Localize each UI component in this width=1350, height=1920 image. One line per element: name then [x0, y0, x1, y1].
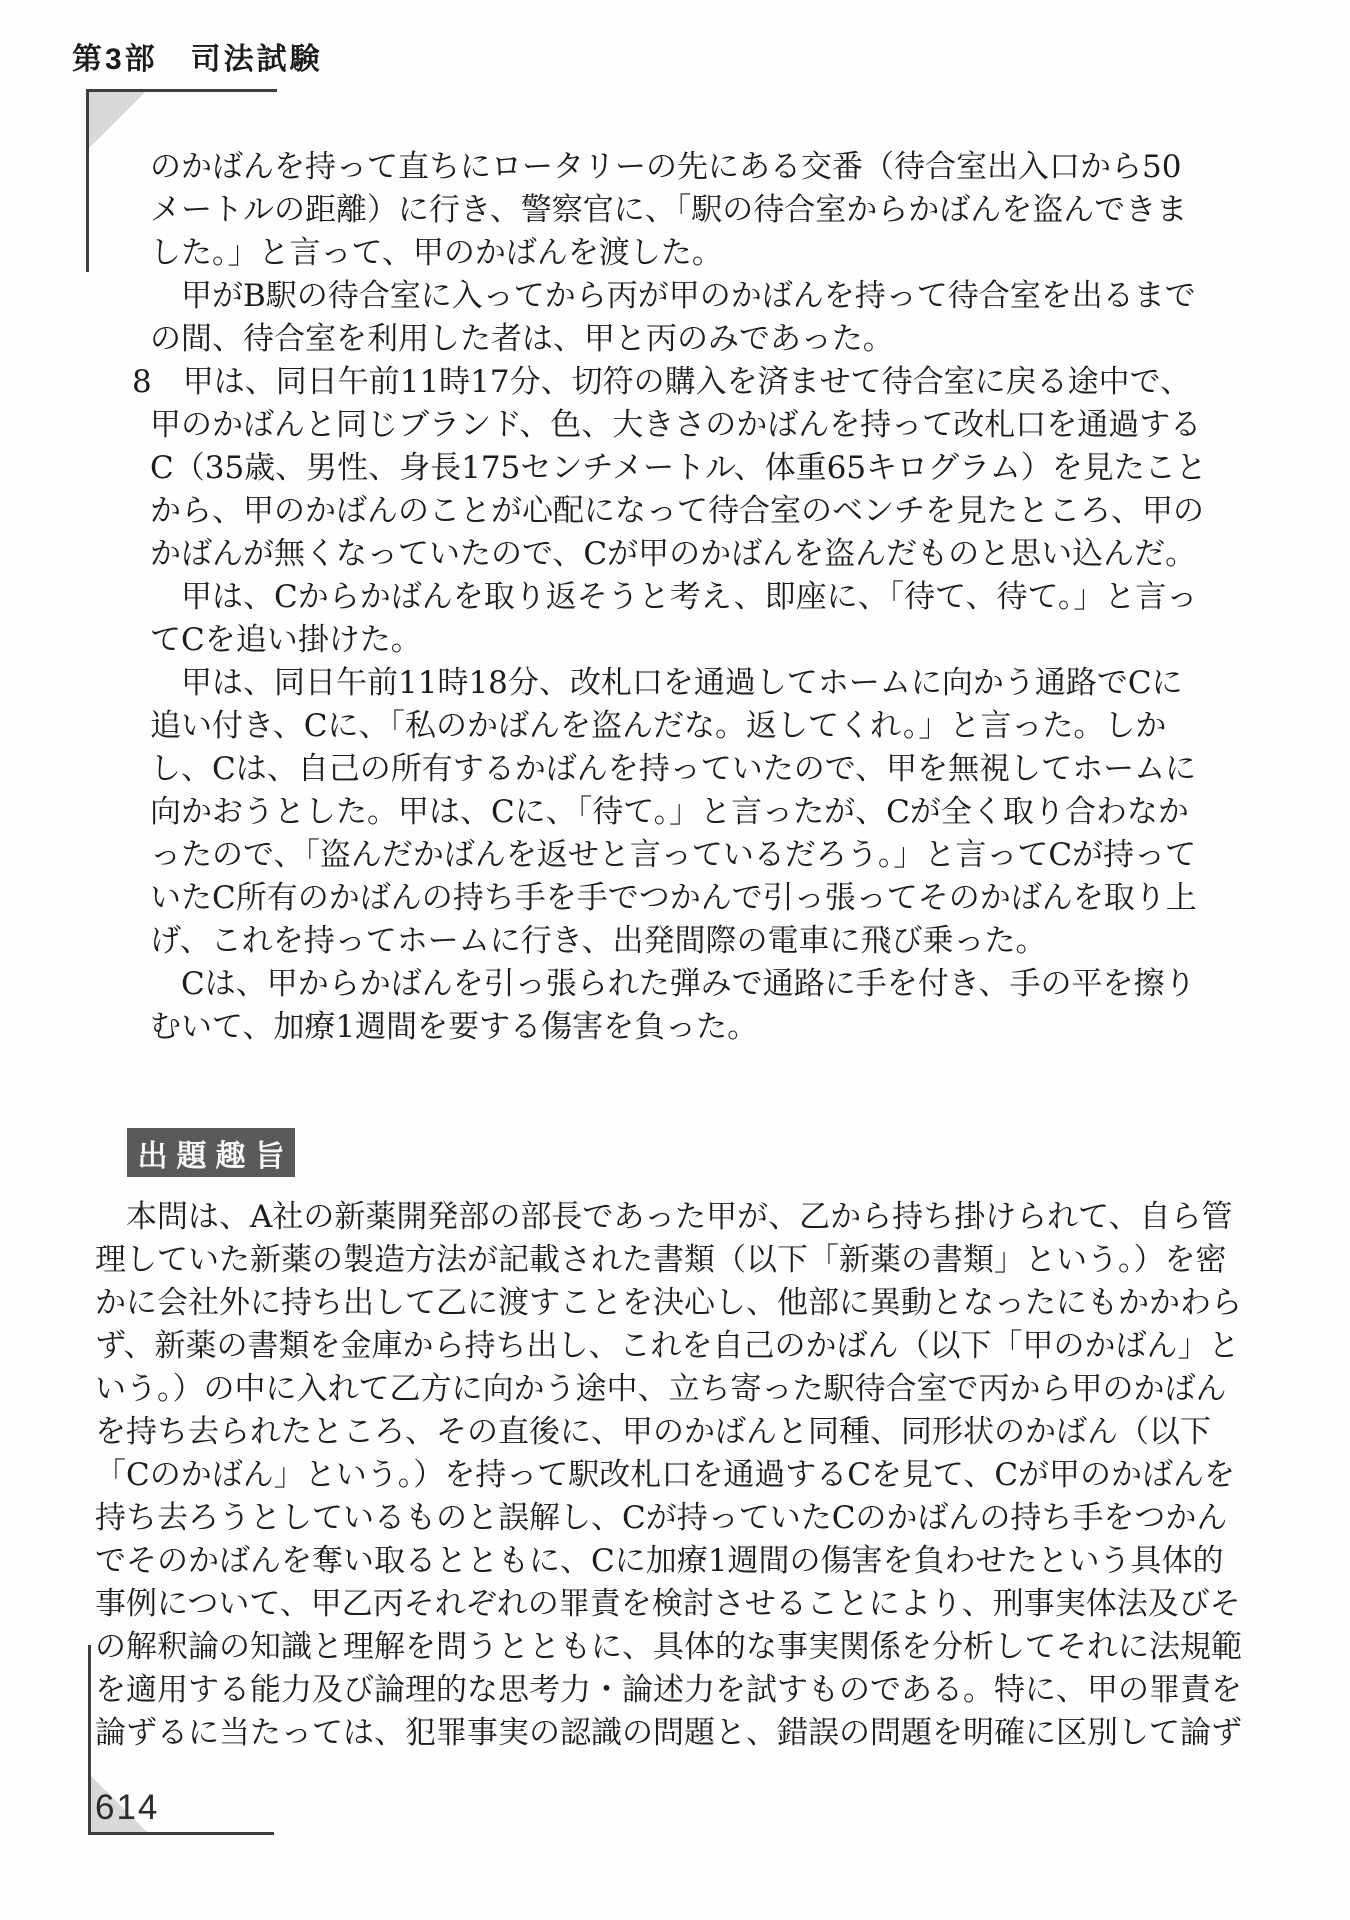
text-line: の解釈論の知識と理解を問うとともに、具体的な事実関係を分析してそれに法規範: [95, 1626, 1285, 1669]
text-line: 理していた新薬の製造方法が記載された書類（以下「新薬の書類」という。）を密: [95, 1239, 1285, 1282]
text-line: ったので、「盗んだかばんを返せと言っているだろう。」と言ってCが持って: [150, 834, 1210, 877]
text-line: 甲は、Cからかばんを取り返そうと考え、即座に、「待て、待て。」と言っ: [150, 576, 1210, 619]
text-line: 追い付き、Cに、「私のかばんを盗んだな。返してくれ。」と言った。しか: [150, 705, 1210, 748]
text-line: Cは、甲からかばんを引っ張られた弾みで通路に手を付き、手の平を擦り: [150, 963, 1210, 1006]
part-header: 第3部 司法試験: [72, 34, 323, 78]
text-line: かばんが無くなっていたので、Cが甲のかばんを盗んだものと思い込んだ。: [150, 533, 1210, 576]
text-line: を持ち去られたところ、その直後に、甲のかばんと同種、同形状のかばん（以下: [95, 1411, 1285, 1454]
text-line: 本問は、A社の新薬開発部の部長であった甲が、乙から持ち掛けられて、自ら管: [95, 1196, 1285, 1239]
text-line: 甲のかばんと同じブランド、色、大きさのかばんを持って改札口を通過する: [150, 404, 1210, 447]
text-line: いたC所有のかばんの持ち手を手でつかんで引っ張ってそのかばんを取り上: [150, 877, 1210, 920]
top-corner-triangle: [89, 92, 145, 148]
text-line: ず、新薬の書類を金庫から持ち出し、これを自己のかばん（以下「甲のかばん」と: [95, 1325, 1285, 1368]
text-line: 甲がB駅の待合室に入ってから丙が甲のかばんを持って待合室を出るまで: [150, 275, 1210, 318]
bottom-horizontal-rule: [88, 1832, 274, 1835]
text-line: かに会社外に持ち出して乙に渡すことを決心し、他部に異動となったにもかかわら: [95, 1282, 1285, 1325]
text-line: C（35歳、男性、身長175センチメートル、体重65キログラム）を見たこと: [150, 447, 1210, 490]
book-page: 第3部 司法試験 のかばんを持って直ちにロータリーの先にある交番（待合室出入口か…: [0, 0, 1350, 1920]
text-line: てCを追い掛けた。: [150, 619, 1210, 662]
text-line: 8 甲は、同日午前11時17分、切符の購入を済ませて待合室に戻る途中で、: [132, 361, 1210, 404]
problem-text-block: のかばんを持って直ちにロータリーの先にある交番（待合室出入口から50メートルの距…: [150, 146, 1210, 1049]
text-line: を適用する能力及び論理的な思考力・論述力を試すものである。特に、甲の罪責を: [95, 1669, 1285, 1712]
text-line: から、甲のかばんのことが心配になって待合室のベンチを見たところ、甲の: [150, 490, 1210, 533]
text-line: 論ずるに当たっては、犯罪事実の認識の問題と、錯誤の問題を明確に区別して論ず: [95, 1712, 1285, 1755]
text-line: 向かおうとした。甲は、Cに、「待て。」と言ったが、Cが全く取り合わなか: [150, 791, 1210, 834]
page-number: 614: [95, 1788, 159, 1828]
text-line: し、Cは、自己の所有するかばんを持っていたので、甲を無視してホームに: [150, 748, 1210, 791]
aim-section-heading: 出題趣旨: [127, 1128, 295, 1177]
aim-text-block: 本問は、A社の新薬開発部の部長であった甲が、乙から持ち掛けられて、自ら管理してい…: [95, 1196, 1285, 1755]
text-line: むいて、加療1週間を要する傷害を負った。: [150, 1006, 1210, 1049]
text-line: した。」と言って、甲のかばんを渡した。: [150, 232, 1210, 275]
text-line: 持ち去ろうとしているものと誤解し、Cが持っていたCのかばんの持ち手をつかん: [95, 1497, 1285, 1540]
text-line: の間、待合室を利用した者は、甲と丙のみであった。: [150, 318, 1210, 361]
text-line: のかばんを持って直ちにロータリーの先にある交番（待合室出入口から50: [150, 146, 1210, 189]
text-line: 「Cのかばん」という。）を持って駅改札口を通過するCを見て、Cが甲のかばんを: [95, 1454, 1285, 1497]
text-line: メートルの距離）に行き、警察官に、「駅の待合室からかばんを盗んできま: [150, 189, 1210, 232]
text-line: げ、これを持ってホームに行き、出発間際の電車に飛び乗った。: [150, 920, 1210, 963]
text-line: 甲は、同日午前11時18分、改札口を通過してホームに向かう通路でCに: [150, 662, 1210, 705]
text-line: でそのかばんを奪い取るとともに、Cに加療1週間の傷害を負わせたという具体的: [95, 1540, 1285, 1583]
text-line: いう。）の中に入れて乙方に向かう途中、立ち寄った駅待合室で丙から甲のかばん: [95, 1368, 1285, 1411]
text-line: 事例について、甲乙丙それぞれの罪責を検討させることにより、刑事実体法及びそ: [95, 1583, 1285, 1626]
